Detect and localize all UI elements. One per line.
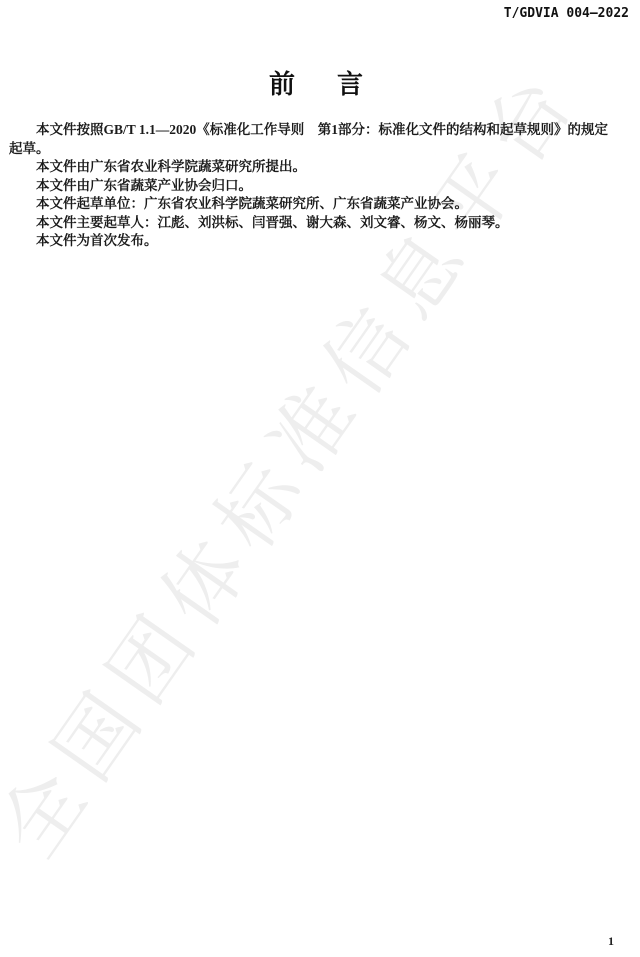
body-paragraph: 本文件起草单位：广东省农业科学院蔬菜研究所、广东省蔬菜产业协会。 (9, 195, 630, 214)
page-title: 前 言 (0, 70, 640, 99)
page-number: 1 (608, 934, 614, 949)
body-paragraph: 本文件主要起草人：江彪、刘洪标、闫晋强、谢大森、刘文睿、杨文、杨丽琴。 (9, 214, 630, 233)
doc-code: T/GDVIA 004—2022 (504, 6, 629, 21)
body-text: 本文件按照GB/T 1.1—2020《标准化工作导则 第1部分：标准化文件的结构… (9, 121, 630, 251)
body-paragraph: 本文件由广东省农业科学院蔬菜研究所提出。 (9, 158, 630, 177)
body-paragraph: 起草。 (9, 140, 630, 159)
body-paragraph: 本文件为首次发布。 (9, 232, 630, 251)
body-paragraph: 本文件按照GB/T 1.1—2020《标准化工作导则 第1部分：标准化文件的结构… (9, 121, 630, 140)
document-page: 全国团体标准信息平台 T/GDVIA 004—2022 前 言 本文件按照GB/… (0, 0, 640, 957)
body-paragraph: 本文件由广东省蔬菜产业协会归口。 (9, 177, 630, 196)
